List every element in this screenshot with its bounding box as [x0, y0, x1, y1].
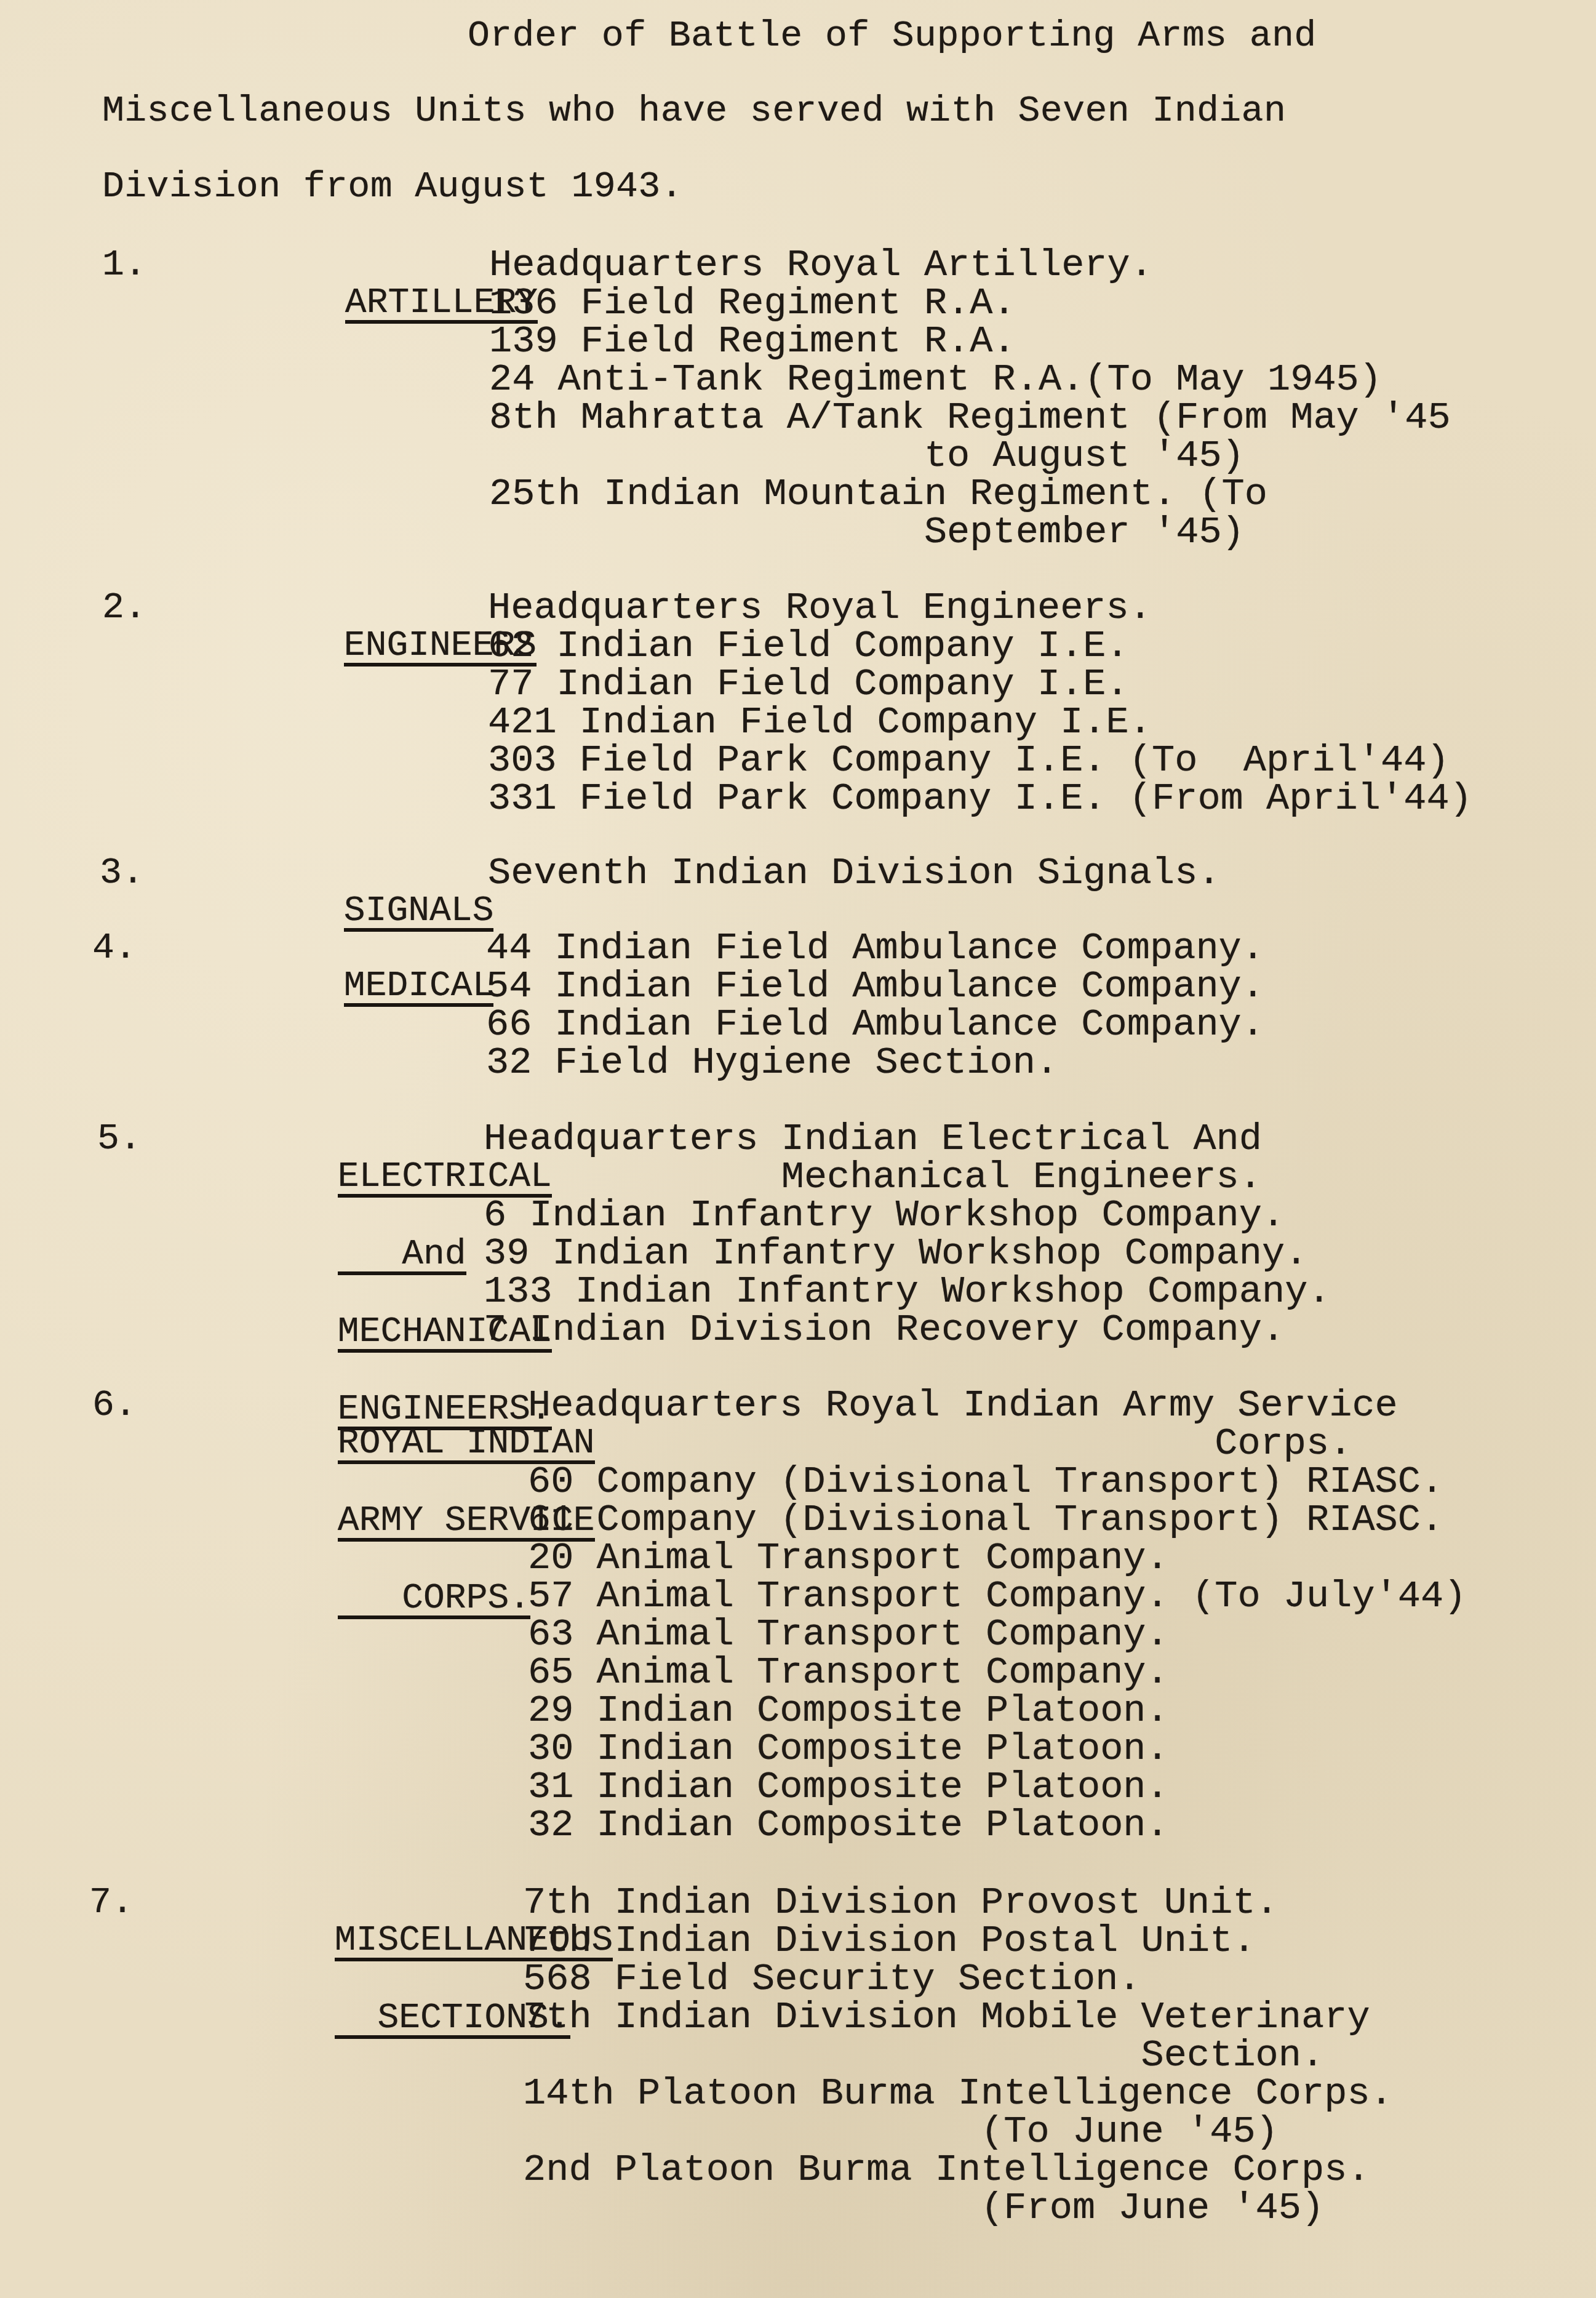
unit-item: 44 Indian Field Ambulance Company.: [486, 929, 1264, 967]
unit-item: Headquarters Royal Indian Army Service: [528, 1387, 1466, 1425]
unit-item: 62 Indian Field Company I.E.: [488, 627, 1472, 665]
unit-item: 133 Indian Infantry Workshop Company.: [484, 1273, 1331, 1311]
unit-item: 568 Field Security Section.: [523, 1960, 1393, 1998]
unit-item: 32 Field Hygiene Section.: [486, 1044, 1264, 1082]
unit-item: 14th Platoon Burma Intelligence Corps.: [523, 2075, 1393, 2113]
unit-item: 65 Animal Transport Company.: [528, 1654, 1466, 1692]
heading-line: CORPS.: [338, 1583, 530, 1619]
section-number: 4.: [92, 929, 137, 967]
unit-item-continuation: Corps.: [528, 1425, 1466, 1463]
section-number: 2.: [102, 589, 146, 627]
unit-item: Headquarters Indian Electrical And: [484, 1120, 1331, 1158]
unit-item: 60 Company (Divisional Transport) RIASC.: [528, 1463, 1466, 1501]
unit-item: 29 Indian Composite Platoon.: [528, 1692, 1466, 1730]
unit-item: 2nd Platoon Burma Intelligence Corps.: [523, 2151, 1393, 2189]
unit-item: Seventh Indian Division Signals.: [488, 854, 1221, 892]
unit-list: Headquarters Royal Indian Army Service C…: [528, 1387, 1466, 1844]
unit-list: 44 Indian Field Ambulance Company. 54 In…: [486, 929, 1264, 1082]
unit-item: 136 Field Regiment R.A.: [489, 284, 1451, 322]
unit-item: 63 Animal Transport Company.: [528, 1615, 1466, 1654]
unit-item-continuation: Mechanical Engineers.: [484, 1158, 1331, 1196]
unit-item: 139 Field Regiment R.A.: [489, 322, 1451, 361]
unit-item: 7th Indian Division Provost Unit.: [523, 1884, 1393, 1922]
unit-item: 32 Indian Composite Platoon.: [528, 1806, 1466, 1844]
unit-item: 303 Field Park Company I.E. (To April'44…: [488, 742, 1472, 780]
unit-list: Headquarters Royal Artillery. 136 Field …: [489, 246, 1451, 551]
unit-item: 54 Indian Field Ambulance Company.: [486, 967, 1264, 1006]
unit-item: 66 Indian Field Ambulance Company.: [486, 1006, 1264, 1044]
unit-item-continuation: September '45): [489, 513, 1451, 551]
heading-line: And: [338, 1239, 466, 1275]
unit-item-continuation: Section.: [523, 2036, 1393, 2075]
section-number: 6.: [92, 1387, 137, 1425]
heading-line: SIGNALS: [344, 896, 494, 932]
unit-item-continuation: (To June '45): [523, 2113, 1393, 2151]
unit-item: 31 Indian Composite Platoon.: [528, 1768, 1466, 1806]
section-number: 3.: [100, 854, 144, 892]
unit-item: 77 Indian Field Company I.E.: [488, 665, 1472, 703]
section-number: 7.: [89, 1884, 134, 1922]
section-heading: MEDICAL: [215, 929, 493, 1045]
unit-item: 7th Indian Division Mobile Veterinary: [523, 1998, 1393, 2036]
unit-item: Headquarters Royal Engineers.: [488, 589, 1472, 627]
unit-list: Headquarters Indian Electrical And Mecha…: [484, 1120, 1331, 1349]
unit-item: 6 Indian Infantry Workshop Company.: [484, 1196, 1331, 1235]
title-line-2: Miscellaneous Units who have served with…: [102, 92, 1286, 130]
unit-item-continuation: (From June '45): [523, 2189, 1393, 2227]
section-number: 5.: [97, 1120, 142, 1158]
unit-item: 7 Indian Division Recovery Company.: [484, 1311, 1331, 1349]
unit-item: 39 Indian Infantry Workshop Company.: [484, 1235, 1331, 1273]
unit-list: Seventh Indian Division Signals.: [488, 854, 1221, 892]
unit-item: 57 Animal Transport Company. (To July'44…: [528, 1577, 1466, 1615]
unit-list: 7th Indian Division Provost Unit. 7th In…: [523, 1884, 1393, 2227]
unit-list: Headquarters Royal Engineers. 62 Indian …: [488, 589, 1472, 818]
unit-item: 7th Indian Division Postal Unit.: [523, 1922, 1393, 1960]
unit-item: 30 Indian Composite Platoon.: [528, 1730, 1466, 1768]
unit-item: 421 Indian Field Company I.E.: [488, 703, 1472, 742]
unit-item: 331 Field Park Company I.E. (From April'…: [488, 780, 1472, 818]
heading-line: MEDICAL: [344, 971, 494, 1007]
unit-item: 20 Animal Transport Company.: [528, 1539, 1466, 1577]
title-line-3: Division from August 1943.: [102, 168, 683, 206]
section-number: 1.: [102, 246, 146, 284]
unit-item: 8th Mahratta A/Tank Regiment (From May '…: [489, 399, 1451, 437]
unit-item: Headquarters Royal Artillery.: [489, 246, 1451, 284]
unit-item: 25th Indian Mountain Regiment. (To: [489, 475, 1451, 513]
unit-item: 61 Company (Divisional Transport) RIASC.: [528, 1501, 1466, 1539]
unit-item-continuation: to August '45): [489, 437, 1451, 475]
typed-document-page: Order of Battle of Supporting Arms and M…: [0, 0, 1596, 2298]
unit-item: 24 Anti-Tank Regiment R.A.(To May 1945): [489, 361, 1451, 399]
title-line-1: Order of Battle of Supporting Arms and: [468, 17, 1317, 55]
